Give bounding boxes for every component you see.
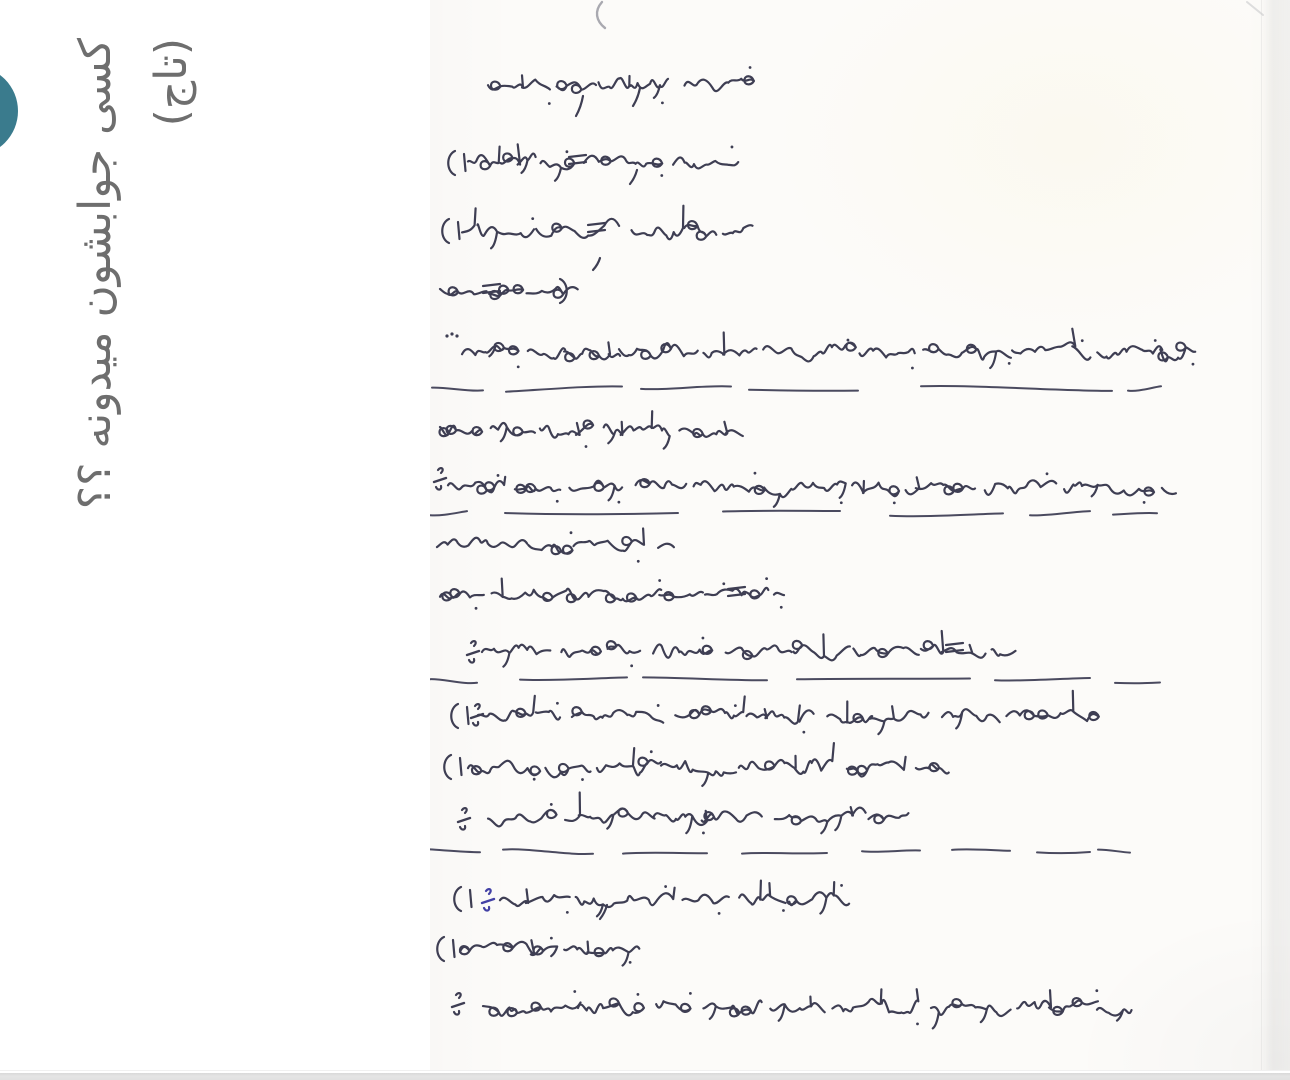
ink-dot xyxy=(455,334,458,337)
ink-dot xyxy=(517,365,520,368)
ink-fraction xyxy=(456,993,461,998)
paper-crease xyxy=(1247,2,1263,15)
ink-dot xyxy=(475,607,478,610)
bottom-bar xyxy=(0,1073,1290,1080)
ink-fraction xyxy=(458,818,470,822)
pen-smudge-mark xyxy=(597,2,605,28)
ink-dot xyxy=(1081,339,1084,342)
ink-dot xyxy=(1095,989,1098,992)
ink-tick xyxy=(576,96,583,116)
ink-dot xyxy=(533,778,536,781)
ink-underline xyxy=(995,678,1090,681)
ink-fraction xyxy=(462,808,467,813)
ink-underline xyxy=(723,511,840,512)
ink-script-row xyxy=(440,579,703,603)
ink-underline xyxy=(641,386,731,389)
ink-bracket xyxy=(442,219,449,243)
ink-dot xyxy=(660,174,663,177)
ink-dot xyxy=(445,334,448,337)
ink-equals xyxy=(483,284,500,293)
ink-script-row xyxy=(482,631,1016,667)
ink-bracket xyxy=(453,940,455,957)
ink-script-row xyxy=(483,989,1132,1028)
handwriting-ink xyxy=(430,0,1290,1071)
ink-bracket xyxy=(437,937,444,961)
ink-fraction xyxy=(467,651,479,655)
ink-dot xyxy=(780,606,783,609)
ink-bracket xyxy=(460,758,462,775)
ink-tick xyxy=(630,170,637,184)
ink-fraction xyxy=(452,1003,464,1007)
ink-dot xyxy=(630,664,633,667)
ink-script-row xyxy=(468,743,949,786)
ink-dot xyxy=(847,339,850,342)
ink-fraction xyxy=(482,899,494,903)
caption-line-1: کسی جوابشون میدونه ؟؟ xyxy=(58,38,134,516)
ink-underline xyxy=(742,853,827,854)
ink-dot xyxy=(650,750,653,753)
ink-dot xyxy=(702,832,705,835)
ink-underline xyxy=(1113,513,1157,515)
ink-script-row xyxy=(500,881,849,917)
ink-dot xyxy=(1143,501,1146,504)
ink-fraction xyxy=(484,907,489,911)
ink-dot xyxy=(556,702,559,705)
ink-dot xyxy=(548,102,551,105)
ink-dot xyxy=(573,990,576,993)
ink-dot xyxy=(637,560,640,563)
ink-underline xyxy=(1128,386,1161,391)
ink-dot xyxy=(664,885,667,888)
ink-fraction xyxy=(434,478,446,482)
ink-dot xyxy=(566,911,569,914)
ink-dot xyxy=(637,993,640,996)
ink-underline xyxy=(1030,511,1090,515)
ink-fraction xyxy=(471,641,476,646)
ink-script-row xyxy=(440,285,578,299)
ink-underline xyxy=(797,679,970,680)
ink-dot xyxy=(702,637,705,640)
ink-underline xyxy=(503,849,593,854)
ink-dot xyxy=(749,66,752,69)
ink-dot xyxy=(566,150,569,153)
ink-dot xyxy=(585,445,588,448)
ink-fraction xyxy=(475,704,480,709)
ink-dot xyxy=(802,731,805,734)
ink-dot xyxy=(661,102,664,105)
ink-fraction xyxy=(438,468,443,473)
ink-script-row xyxy=(440,411,743,448)
ink-fraction xyxy=(454,1011,459,1015)
ink-underline xyxy=(643,677,767,680)
ink-underline xyxy=(430,679,477,683)
ink-underline xyxy=(430,849,480,852)
ink-underline xyxy=(921,386,1112,391)
ink-underline xyxy=(432,388,483,391)
ink-dot xyxy=(722,582,725,585)
ink-dot xyxy=(840,501,843,504)
ink-underline xyxy=(749,390,858,391)
ink-dot xyxy=(617,501,620,504)
ink-script-row xyxy=(478,691,1099,734)
ink-dot xyxy=(782,909,785,912)
ink-dot xyxy=(718,912,721,915)
ink-dot xyxy=(1046,472,1049,475)
ink-dot xyxy=(1192,363,1195,366)
ink-underline xyxy=(862,850,920,851)
ink-fraction xyxy=(486,889,491,894)
ink-underline xyxy=(430,511,467,515)
ink-script-row xyxy=(437,529,674,555)
caption-line-2: (تاج) xyxy=(134,38,210,516)
ink-fraction xyxy=(436,486,441,490)
ink-dot xyxy=(916,1022,919,1025)
ink-underline xyxy=(520,677,627,680)
ink-underline xyxy=(1037,852,1090,853)
ink-underline xyxy=(623,853,707,854)
ink-dot xyxy=(893,501,896,504)
ink-dot xyxy=(550,803,553,806)
ink-dot xyxy=(497,474,500,477)
ink-dot xyxy=(658,579,661,582)
ink-underline xyxy=(1098,850,1130,853)
ink-bracket xyxy=(451,704,458,728)
ink-underline xyxy=(506,386,622,391)
ink-script-row xyxy=(462,206,753,249)
ink-bracket xyxy=(467,707,469,724)
ink-bracket xyxy=(464,154,466,171)
ink-dot xyxy=(657,704,660,707)
ink-dot xyxy=(689,992,692,995)
ink-script-row xyxy=(462,329,1195,368)
ink-dot xyxy=(911,367,914,370)
screen: کسی جوابشون میدونه ؟؟ (تاج) xyxy=(0,0,1290,1080)
ink-underline xyxy=(1115,683,1160,684)
ink-equals xyxy=(728,587,745,596)
ink-script-row xyxy=(460,940,639,965)
ink-underline xyxy=(952,849,1010,851)
ink-dot xyxy=(550,937,553,940)
edge-circle-button[interactable] xyxy=(0,66,18,156)
ink-dot xyxy=(570,531,573,534)
ink-tick xyxy=(633,88,640,106)
ink-bracket xyxy=(458,222,460,239)
ink-bracket xyxy=(448,151,455,175)
ink-dot xyxy=(765,577,768,580)
ink-script-row xyxy=(488,75,754,97)
ink-dot xyxy=(1154,339,1157,342)
ink-bracket xyxy=(470,890,472,907)
ink-dot xyxy=(581,778,584,781)
ink-script-row xyxy=(468,144,738,180)
ink-equals xyxy=(946,643,963,652)
ink-underline xyxy=(505,513,678,514)
ink-fraction xyxy=(473,722,478,726)
ink-script-row xyxy=(488,793,908,834)
handwritten-answer-photo[interactable] xyxy=(430,0,1290,1071)
ink-dot xyxy=(754,472,757,475)
ink-fraction xyxy=(460,826,465,830)
ink-fraction xyxy=(469,659,474,663)
ink-dot xyxy=(731,146,734,149)
ink-dot xyxy=(734,704,737,707)
ink-dot xyxy=(556,500,559,503)
ink-dot xyxy=(1008,362,1011,365)
ink-dot xyxy=(531,217,534,220)
bottom-divider-line xyxy=(0,1070,1290,1071)
ink-dot xyxy=(629,961,632,964)
ink-dot xyxy=(450,332,453,335)
ink-bracket xyxy=(444,755,451,779)
ink-dot xyxy=(840,884,843,887)
ink-underline xyxy=(890,513,1003,516)
ink-tick xyxy=(593,258,600,270)
question-caption: کسی جوابشون میدونه ؟؟ (تاج) xyxy=(58,38,210,516)
ink-bracket xyxy=(454,887,461,911)
